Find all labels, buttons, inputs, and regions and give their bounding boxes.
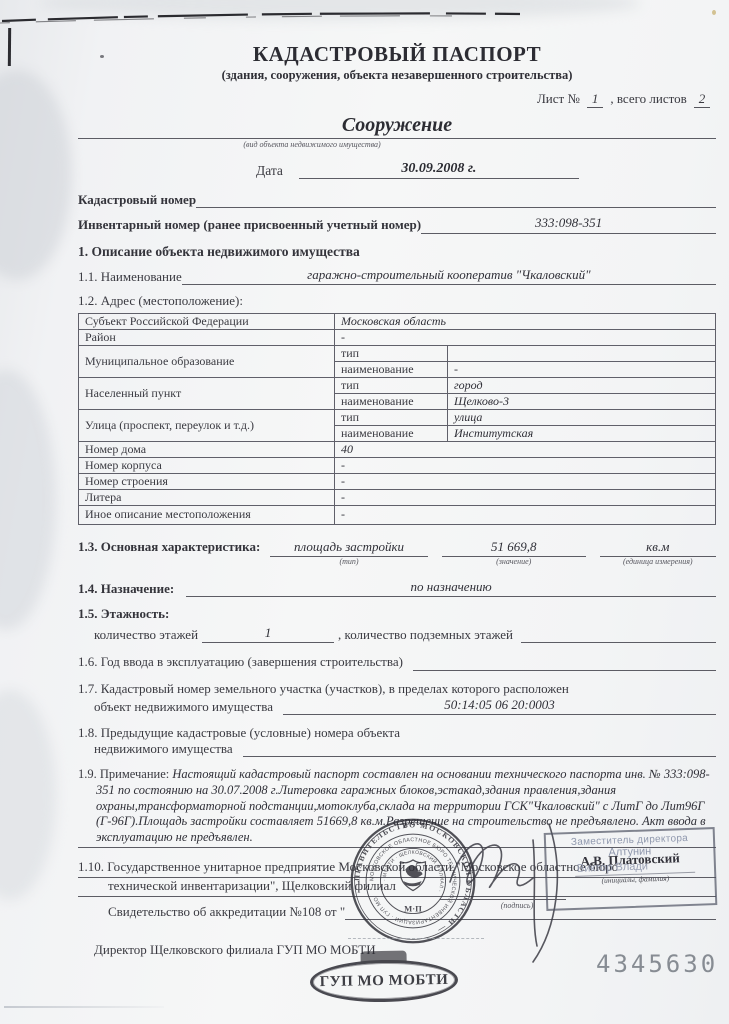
- oval-stamp-text: ГУП МО МОБТИ: [319, 971, 448, 990]
- scan-line-artifact: [8, 28, 11, 66]
- table-row: Населенный пункт тип город: [79, 377, 716, 393]
- type-value: улица: [448, 409, 716, 425]
- name-value: Институтская: [448, 425, 716, 441]
- scan-speck: [712, 10, 716, 15]
- table-row: Улица (проспект, переулок и т.д.) тип ул…: [79, 409, 716, 425]
- torn-edge-artifact: [0, 6, 729, 30]
- row-value: -: [335, 473, 716, 489]
- row-label: Район: [79, 329, 335, 345]
- previous-numbers-value: [243, 741, 716, 757]
- commissioning-year-label: 1.6. Год ввода в эксплуатацию (завершени…: [78, 654, 403, 670]
- object-type-caption: (вид объекта недвижимого имущества): [0, 140, 631, 149]
- table-row: Иное описание местоположения -: [79, 505, 716, 524]
- underground-floors-value: [521, 627, 716, 643]
- scan-smudge: [0, 370, 56, 630]
- cadastral-number-row: Кадастровый номер: [78, 192, 716, 208]
- table-row: Муниципальное образование тип: [79, 345, 716, 361]
- previous-numbers-label-line2: недвижимого имущества: [94, 741, 233, 757]
- row-label: Номер дома: [79, 441, 335, 457]
- name-stamp-box: Заместитель директора Алтунин А.В. Плато…: [544, 827, 718, 911]
- row-value: Московская область: [335, 313, 716, 329]
- purpose-label: 1.4. Назначение:: [78, 581, 174, 597]
- scan-smudge: [4, 1006, 164, 1008]
- document-subtitle: (здания, сооружения, объекта незавершенн…: [78, 68, 716, 83]
- cadastral-number-label: Кадастровый номер: [78, 192, 196, 208]
- land-parcel-row: объект недвижимого имущества 50:14:05 06…: [78, 697, 716, 715]
- commissioning-year-row: 1.6. Год ввода в эксплуатацию (завершени…: [78, 654, 716, 670]
- floors-label: количество этажей: [94, 627, 198, 643]
- sheet-number: 1: [587, 91, 603, 108]
- row-label: Номер строения: [79, 473, 335, 489]
- scanned-document-page: КАДАСТРОВЫЙ ПАСПОРТ (здания, сооружения,…: [0, 0, 729, 1024]
- name-label: наименование: [335, 425, 448, 441]
- characteristic-type-value: площадь застройки: [270, 539, 428, 557]
- document-title: КАДАСТРОВЫЙ ПАСПОРТ: [78, 42, 716, 67]
- object-type: Сооружение: [78, 114, 716, 139]
- date-label: Дата: [256, 163, 283, 179]
- inventory-number-value: 333:098-351: [421, 215, 716, 233]
- previous-numbers-label-line1: 1.8. Предыдущие кадастровые (условные) н…: [78, 725, 716, 741]
- table-row: Номер строения -: [79, 473, 716, 489]
- form-serial-number: 4345630: [596, 950, 718, 978]
- purpose-row: 1.4. Назначение: по назначению: [78, 579, 716, 597]
- row-label: Номер корпуса: [79, 457, 335, 473]
- type-label: тип: [335, 409, 448, 425]
- cadastral-number-value: [196, 192, 716, 208]
- table-row: Номер дома 40: [79, 441, 716, 457]
- scan-line-artifact: [348, 938, 484, 939]
- accreditation-label: Свидетельство об аккредитации №108 от ": [108, 904, 345, 920]
- previous-numbers-row: недвижимого имущества: [78, 741, 716, 757]
- floors-value: 1: [202, 625, 334, 643]
- row-label: Литера: [79, 489, 335, 505]
- name-label: наименование: [335, 393, 448, 409]
- type-value: город: [448, 377, 716, 393]
- scan-smudge: [0, 690, 56, 900]
- main-characteristic-label: 1.3. Основная характеристика:: [78, 539, 260, 555]
- land-parcel-label-line1: 1.7. Кадастровый номер земельного участк…: [78, 681, 716, 697]
- section-1-heading: 1. Описание объекта недвижимого имуществ…: [78, 244, 716, 260]
- row-label: Субъект Российской Федерации: [79, 313, 335, 329]
- section-1-10-prefix: 1.10.: [78, 859, 104, 874]
- table-row: Субъект Российской Федерации Московская …: [79, 313, 716, 329]
- seal-emblem-icon: [401, 860, 426, 891]
- date-row: Дата 30.09.2008 г.: [78, 161, 716, 179]
- seal-mp-text: М·П: [404, 904, 422, 914]
- characteristic-type-caption: (тип): [270, 557, 428, 566]
- characteristic-value: 51 669,8: [442, 539, 586, 557]
- land-parcel-value: 50:14:05 06 20:0003: [283, 697, 716, 715]
- row-label: Улица (проспект, переулок и т.д.): [79, 409, 335, 441]
- table-row: Номер корпуса -: [79, 457, 716, 473]
- oval-stamp: ГУП МО МОБТИ: [310, 959, 459, 1004]
- characteristic-value-caption: (значение): [442, 557, 586, 566]
- date-value: 30.09.2008 г.: [299, 161, 579, 179]
- address-label: 1.2. Адрес (местоположение):: [78, 293, 716, 309]
- inventory-number-label: Инвентарный номер (ранее присвоенный уче…: [78, 217, 421, 233]
- table-row: Литера -: [79, 489, 716, 505]
- floors-heading: 1.5. Этажность:: [78, 606, 716, 622]
- row-value: -: [335, 329, 716, 345]
- type-value: [448, 345, 716, 361]
- sheet-counter: Лист № 1 , всего листов 2: [78, 91, 716, 108]
- name-value: Щелково-3: [448, 393, 716, 409]
- main-characteristic-row: 1.3. Основная характеристика: площадь за…: [78, 539, 716, 566]
- table-row: Район -: [79, 329, 716, 345]
- sheet-label: Лист №: [537, 91, 580, 106]
- signature-caption: (подпись): [482, 901, 552, 910]
- underground-floors-label: , количество подземных этажей: [338, 627, 513, 643]
- note-label: 1.9. Примечание:: [78, 767, 169, 781]
- name-value: гаражно-строительный кооператив "Чкаловс…: [182, 267, 716, 285]
- type-label: тип: [335, 345, 448, 361]
- total-sheets: 2: [694, 91, 710, 108]
- row-value: -: [335, 505, 716, 524]
- name-label: 1.1. Наименование: [78, 269, 182, 285]
- type-label: тип: [335, 377, 448, 393]
- scan-smudge: [0, 70, 72, 280]
- floors-row: количество этажей 1 , количество подземн…: [78, 625, 716, 643]
- purpose-value: по назначению: [186, 579, 716, 597]
- row-label: Муниципальное образование: [79, 345, 335, 377]
- row-label: Населенный пункт: [79, 377, 335, 409]
- characteristic-unit-caption: (единица измерения): [600, 557, 716, 566]
- row-value: -: [335, 457, 716, 473]
- row-value: -: [335, 489, 716, 505]
- name-row: 1.1. Наименование гаражно-строительный к…: [78, 267, 716, 285]
- name-label: наименование: [335, 361, 448, 377]
- characteristic-unit-value: кв.м: [600, 539, 716, 557]
- name-value: -: [448, 361, 716, 377]
- inventory-number-row: Инвентарный номер (ранее присвоенный уче…: [78, 215, 716, 233]
- total-sheets-label: , всего листов: [610, 91, 686, 106]
- address-table: Субъект Российской Федерации Московская …: [78, 313, 716, 525]
- row-value: 40: [335, 441, 716, 457]
- row-label: Иное описание местоположения: [79, 505, 335, 524]
- commissioning-year-value: [413, 655, 716, 671]
- land-parcel-label-line2: объект недвижимого имущества: [94, 699, 273, 715]
